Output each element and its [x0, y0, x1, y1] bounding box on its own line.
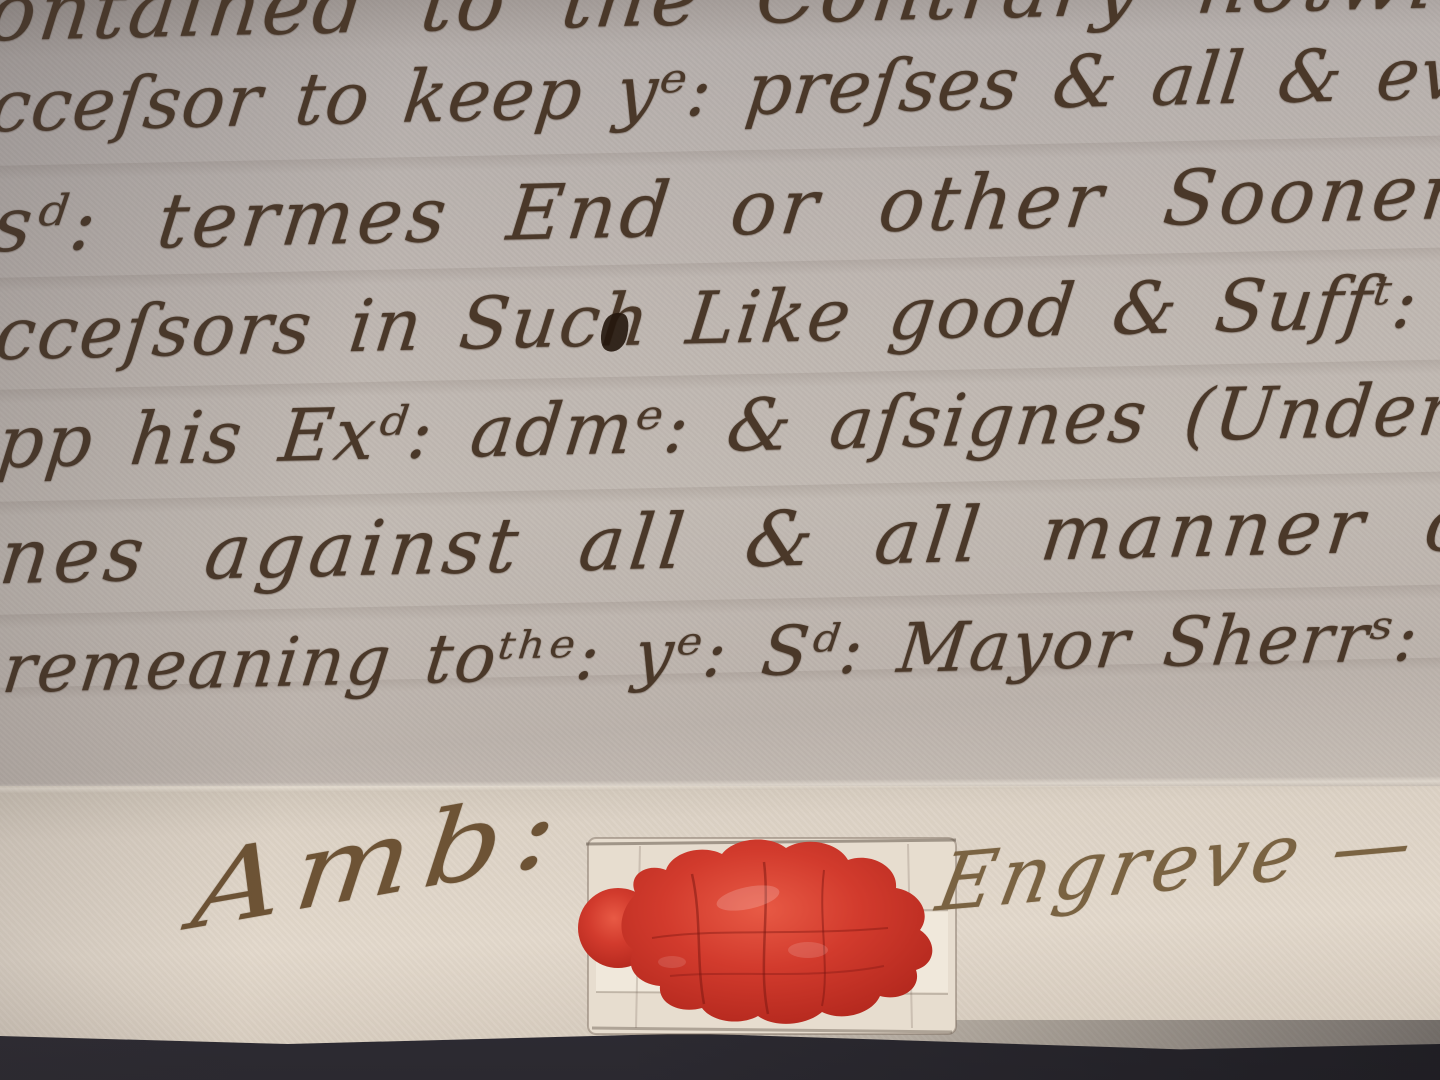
manuscript-line-6: nes against all & all manner of Pe: [0, 474, 1440, 601]
manuscript-photo: ontained to the Contrary notwithsta cceſ…: [0, 0, 1440, 1080]
manuscript-line-4: cceſsors in Such Like good & Suffᵗ: rep: [0, 256, 1440, 376]
manuscript-line-7: remeaning toᵗʰᵉ: yᵉ: Sᵈ: Mayor Sherrˢ: a…: [2, 595, 1440, 709]
manuscript-line-3: sᵈ: termes End or other Sooner dete: [0, 141, 1440, 269]
manuscript-text: ontained to the Contrary notwithsta cceſ…: [0, 0, 1440, 800]
red-wax-seal: [552, 822, 988, 1052]
manuscript-line-5: pp his Exᵈ: admᵉ: & aſsignes (Under yᵉ: [0, 365, 1440, 485]
